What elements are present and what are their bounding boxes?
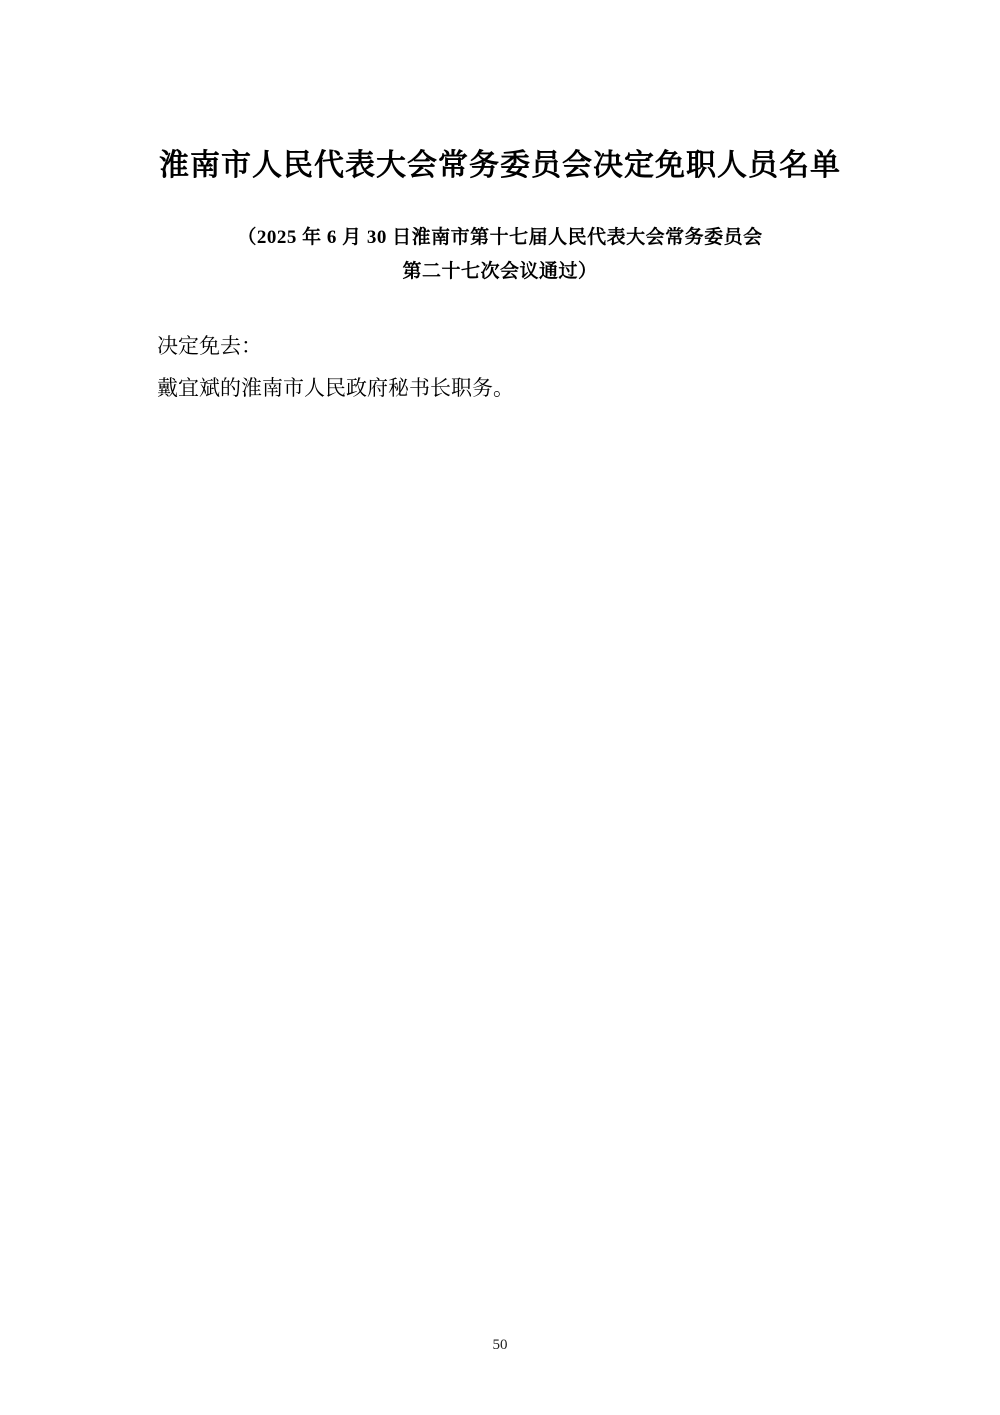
subtitle-line-1: （2025 年 6 月 30 日淮南市第十七届人民代表大会常务委员会: [0, 221, 1000, 255]
decision-item-line: 戴宜斌的淮南市人民政府秘书长职务。: [157, 372, 514, 402]
document-page: 淮南市人民代表大会常务委员会决定免职人员名单 （2025 年 6 月 30 日淮…: [0, 0, 1000, 1415]
page-number: 50: [0, 1337, 1000, 1354]
document-title: 淮南市人民代表大会常务委员会决定免职人员名单: [0, 140, 1000, 184]
document-subtitle: （2025 年 6 月 30 日淮南市第十七届人民代表大会常务委员会 第二十七次…: [0, 221, 1000, 289]
decision-lead-line: 决定免去：: [157, 330, 262, 360]
subtitle-line-2: 第二十七次会议通过）: [0, 255, 1000, 289]
